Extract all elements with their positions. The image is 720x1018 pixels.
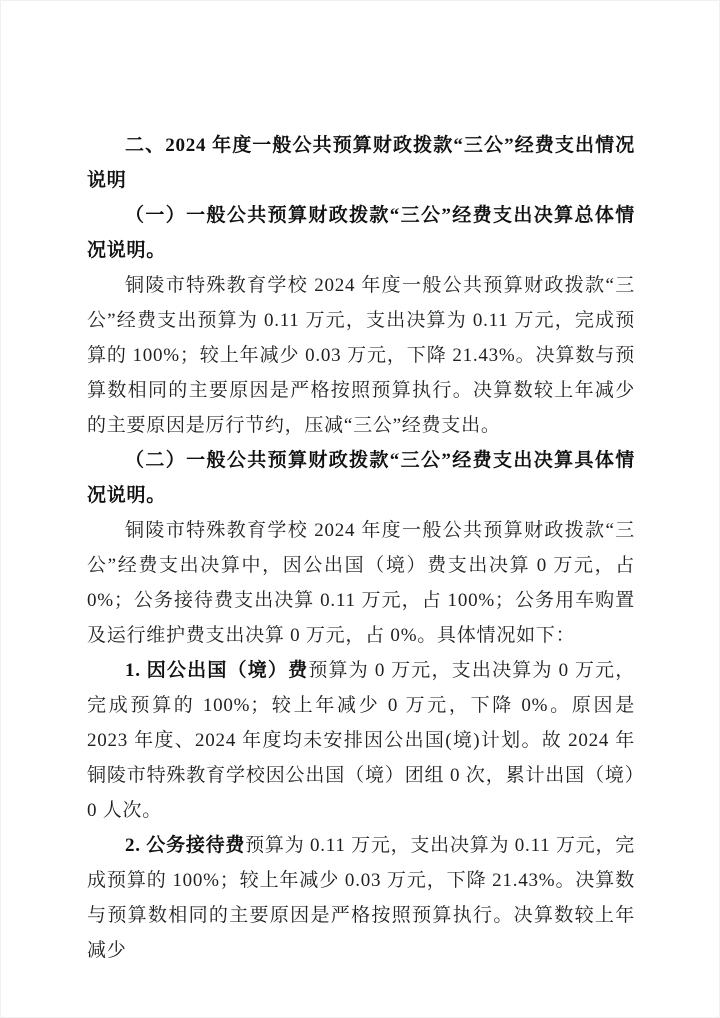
- item-1-text: 预算为 0 万元，支出决算为 0 万元，完成预算的 100%；较上年减少 0 万…: [87, 660, 635, 821]
- item-2-paragraph: 2. 公务接待费预算为 0.11 万元，支出决算为 0.11 万元，完成预算的 …: [87, 828, 635, 968]
- item-1-label: 1. 因公出国（境）费: [125, 660, 308, 681]
- subsection-2-heading: （二）一般公共预算财政拨款“三公”经费支出决算具体情况说明。: [87, 443, 635, 513]
- subsection-1-heading: （一）一般公共预算财政拨款“三公”经费支出决算总体情况说明。: [87, 198, 635, 268]
- subsection-2-paragraph: 铜陵市特殊教育学校 2024 年度一般公共预算财政拨款“三公”经费支出决算中，因…: [87, 513, 635, 653]
- document-text-block: 二、2024 年度一般公共预算财政拨款“三公”经费支出情况说明 （一）一般公共预…: [87, 128, 635, 968]
- subsection-1-paragraph: 铜陵市特殊教育学校 2024 年度一般公共预算财政拨款“三公”经费支出预算为 0…: [87, 268, 635, 443]
- item-2-label: 2. 公务接待费: [125, 835, 245, 856]
- item-1-paragraph: 1. 因公出国（境）费预算为 0 万元，支出决算为 0 万元，完成预算的 100…: [87, 653, 635, 828]
- document-page: 二、2024 年度一般公共预算财政拨款“三公”经费支出情况说明 （一）一般公共预…: [0, 0, 720, 1018]
- section-heading: 二、2024 年度一般公共预算财政拨款“三公”经费支出情况说明: [87, 128, 635, 198]
